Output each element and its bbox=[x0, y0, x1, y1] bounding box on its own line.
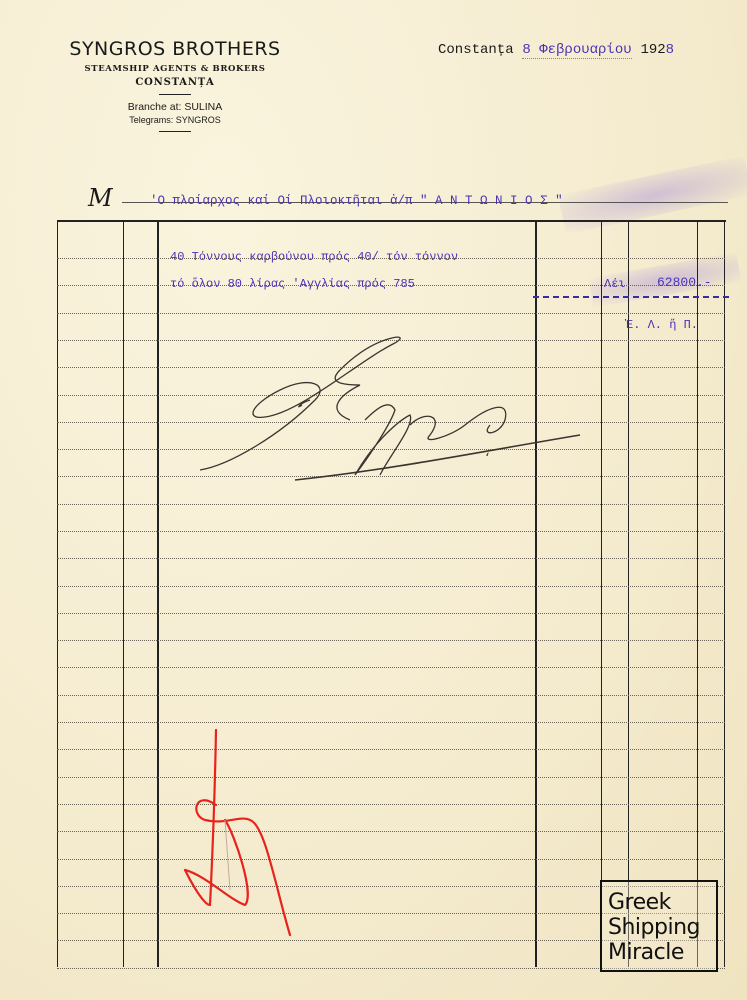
column-rule bbox=[57, 222, 58, 967]
divider bbox=[159, 131, 191, 132]
ledger-row-rule bbox=[57, 859, 725, 860]
closing-abbrev: Ἐ. Λ. ἤ Π. bbox=[626, 318, 698, 332]
date-month: Φεβρουαρίου bbox=[539, 42, 631, 58]
column-rule bbox=[724, 222, 725, 967]
column-rule bbox=[123, 222, 124, 967]
ledger-row-rule bbox=[57, 313, 725, 314]
ledger-row-rule bbox=[57, 531, 725, 532]
date-place: Constanța bbox=[438, 42, 514, 58]
red-pencil-mark bbox=[180, 725, 300, 945]
column-rule bbox=[157, 222, 159, 967]
addressee-prefix: M bbox=[88, 184, 113, 212]
addressee-line: M 'Ο πλοίαρχος καί Οί Πλοιοκτῆται ἀ/π " … bbox=[88, 190, 728, 214]
branch-info: Branche at: SULINA bbox=[50, 101, 300, 113]
date-day: 8 bbox=[522, 42, 530, 58]
date-year-printed: 192 bbox=[640, 42, 665, 58]
signature: ʻ bbox=[190, 325, 590, 485]
greek-shipping-miracle-logo: Greek Shipping Miracle bbox=[600, 880, 718, 972]
company-city: CONSTANȚA bbox=[50, 77, 300, 88]
svg-text:ʻ: ʻ bbox=[485, 451, 489, 467]
ledger-row-rule bbox=[57, 722, 725, 723]
dateline: Constanța 8 Φεβρουαρίου 1928 bbox=[438, 42, 674, 59]
column-rule bbox=[697, 222, 698, 967]
amount-underline bbox=[533, 296, 729, 298]
ledger-row-rule bbox=[57, 695, 725, 696]
letterhead: SYNGROS BROTHERS STEAMSHIP AGENTS & BROK… bbox=[50, 38, 300, 138]
ledger-row-rule bbox=[57, 667, 725, 668]
telegrams-info: Telegrams: SYNGROS bbox=[50, 115, 300, 125]
company-subtitle: STEAMSHIP AGENTS & BROKERS bbox=[50, 64, 300, 74]
ledger-row-rule bbox=[57, 777, 725, 778]
company-name: SYNGROS BROTHERS bbox=[50, 38, 300, 60]
ledger-row-rule bbox=[57, 558, 725, 559]
ledger-row-rule bbox=[57, 504, 725, 505]
divider bbox=[159, 94, 191, 95]
amount-currency: Λέι bbox=[604, 277, 626, 291]
entry-line-1: 40 Τόννους καρβούνου πρός 40/ τόν τόννον bbox=[170, 250, 458, 264]
column-rule bbox=[601, 222, 602, 967]
ledger-row-rule bbox=[57, 586, 725, 587]
ledger-row-rule bbox=[57, 831, 725, 832]
ledger-row-rule bbox=[57, 613, 725, 614]
ledger-row-rule bbox=[57, 749, 725, 750]
ledger-row-rule bbox=[57, 640, 725, 641]
addressee-text: 'Ο πλοίαρχος καί Οί Πλοιοκτῆται ἀ/π " Α … bbox=[150, 194, 563, 208]
date-year-typed: 8 bbox=[666, 42, 674, 58]
ledger-row-rule bbox=[57, 804, 725, 805]
entry-line-2: τό ὅλον 80 λίρας 'Αγγλίας πρός 785 bbox=[170, 277, 415, 291]
column-rule bbox=[628, 222, 629, 967]
amount-value: 62800.- bbox=[657, 275, 712, 290]
